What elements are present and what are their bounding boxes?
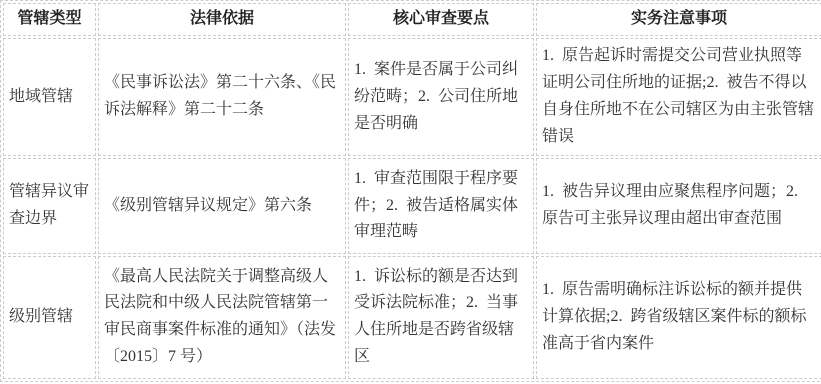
legal-basis-cell: 《级别管辖异议规定》第六条 (98, 158, 346, 253)
review-points-cell: 1. 审查范围限于程序要件；2. 被告适格属实体审理范畴 (348, 158, 534, 253)
header-jurisdiction-type: 管辖类型 (3, 3, 96, 36)
practical-notes-cell: 1. 原告需明确标注诉讼标的额并提供计算依据;2. 跨省级辖区案件标的额标准高于… (536, 256, 821, 379)
practical-notes-cell: 1. 原告起诉时需提交公司营业执照等证明公司住所地的证据;2. 被告不得以自身住… (536, 38, 821, 156)
table-row-objection-review-boundary: 管辖异议审查边界 《级别管辖异议规定》第六条 1. 审查范围限于程序要件；2. … (3, 158, 821, 253)
legal-basis-cell: 《最高人民法院关于调整高级人民法院和中级人民法院管辖第一审民商事案件标准的通知》… (98, 256, 346, 379)
jurisdiction-review-table: 管辖类型 法律依据 核心审查要点 实务注意事项 地域管辖 《民事诉讼法》第二十六… (0, 0, 821, 382)
practical-notes-cell: 1. 被告异议理由应聚焦程序问题；2. 原告可主张异议理由超出审查范围 (536, 158, 821, 253)
header-review-points: 核心审查要点 (348, 3, 534, 36)
type-cell: 地域管辖 (3, 38, 96, 156)
header-legal-basis: 法律依据 (98, 3, 346, 36)
review-points-cell: 1. 案件是否属于公司纠纷范畴；2. 公司住所地是否明确 (348, 38, 534, 156)
table-row-level-jurisdiction: 级别管辖 《最高人民法院关于调整高级人民法院和中级人民法院管辖第一审民商事案件标… (3, 256, 821, 379)
header-practical-notes: 实务注意事项 (536, 3, 821, 36)
legal-basis-cell: 《民事诉讼法》第二十六条、《民诉法解释》第二十二条 (98, 38, 346, 156)
type-cell: 管辖异议审查边界 (3, 158, 96, 253)
type-cell: 级别管辖 (3, 256, 96, 379)
table-row-territorial-jurisdiction: 地域管辖 《民事诉讼法》第二十六条、《民诉法解释》第二十二条 1. 案件是否属于… (3, 38, 821, 156)
table-header-row: 管辖类型 法律依据 核心审查要点 实务注意事项 (3, 3, 821, 36)
review-points-cell: 1. 诉讼标的额是否达到受诉法院标准；2. 当事人住所地是否跨省级辖区 (348, 256, 534, 379)
